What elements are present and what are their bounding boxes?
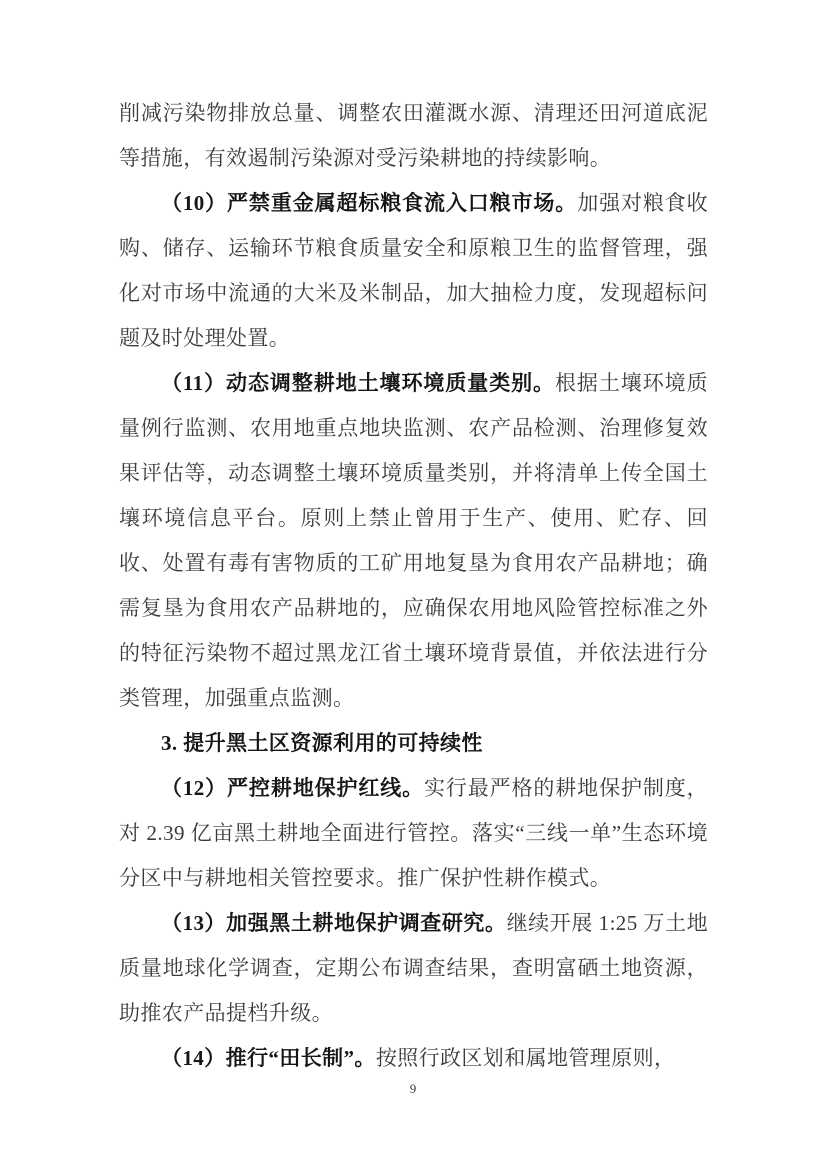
section-heading-text: 3. 提升黑土区资源利用的可持续性 <box>161 731 483 755</box>
paragraph-lead: （13）加强黑土耕地保护调查研究。 <box>161 911 507 935</box>
document-page: 削减污染物排放总量、调整农田灌溉水源、清理还田河道底泥等措施，有效遏制污染源对受… <box>0 0 826 1169</box>
paragraph-lead: （12）严控耕地保护红线。 <box>161 776 424 800</box>
paragraph-item-13: （13）加强黑土耕地保护调查研究。继续开展 1:25 万土地质量地球化学调查，定… <box>119 901 708 1036</box>
section-heading: 3. 提升黑土区资源利用的可持续性 <box>119 721 708 766</box>
paragraph-item-10: （10）严禁重金属超标粮食流入口粮市场。加强对粮食收购、储存、运输环节粮食质量安… <box>119 181 708 361</box>
paragraph-item-12: （12）严控耕地保护红线。实行最严格的耕地保护制度，对 2.39 亿亩黑土耕地全… <box>119 766 708 901</box>
paragraph-continuation: 削减污染物排放总量、调整农田灌溉水源、清理还田河道底泥等措施，有效遏制污染源对受… <box>119 91 708 181</box>
paragraph-text: 按照行政区划和属地管理原则， <box>376 1046 676 1070</box>
paragraph-text: 削减污染物排放总量、调整农田灌溉水源、清理还田河道底泥等措施，有效遏制污染源对受… <box>119 101 708 170</box>
document-body: 削减污染物排放总量、调整农田灌溉水源、清理还田河道底泥等措施，有效遏制污染源对受… <box>119 91 708 1081</box>
paragraph-lead: （11）动态调整耕地土壤环境质量类别。 <box>161 371 555 395</box>
paragraph-text: 根据土壤环境质量例行监测、农用地重点地块监测、农产品检测、治理修复效果评估等，动… <box>119 371 708 710</box>
page-footer: 9 <box>0 1080 826 1098</box>
paragraph-lead: （10）严禁重金属超标粮食流入口粮市场。 <box>161 191 577 215</box>
paragraph-item-11: （11）动态调整耕地土壤环境质量类别。根据土壤环境质量例行监测、农用地重点地块监… <box>119 361 708 721</box>
paragraph-lead: （14）推行“田长制”。 <box>161 1046 376 1070</box>
paragraph-item-14: （14）推行“田长制”。按照行政区划和属地管理原则， <box>119 1036 708 1081</box>
page-number: 9 <box>410 1081 417 1096</box>
